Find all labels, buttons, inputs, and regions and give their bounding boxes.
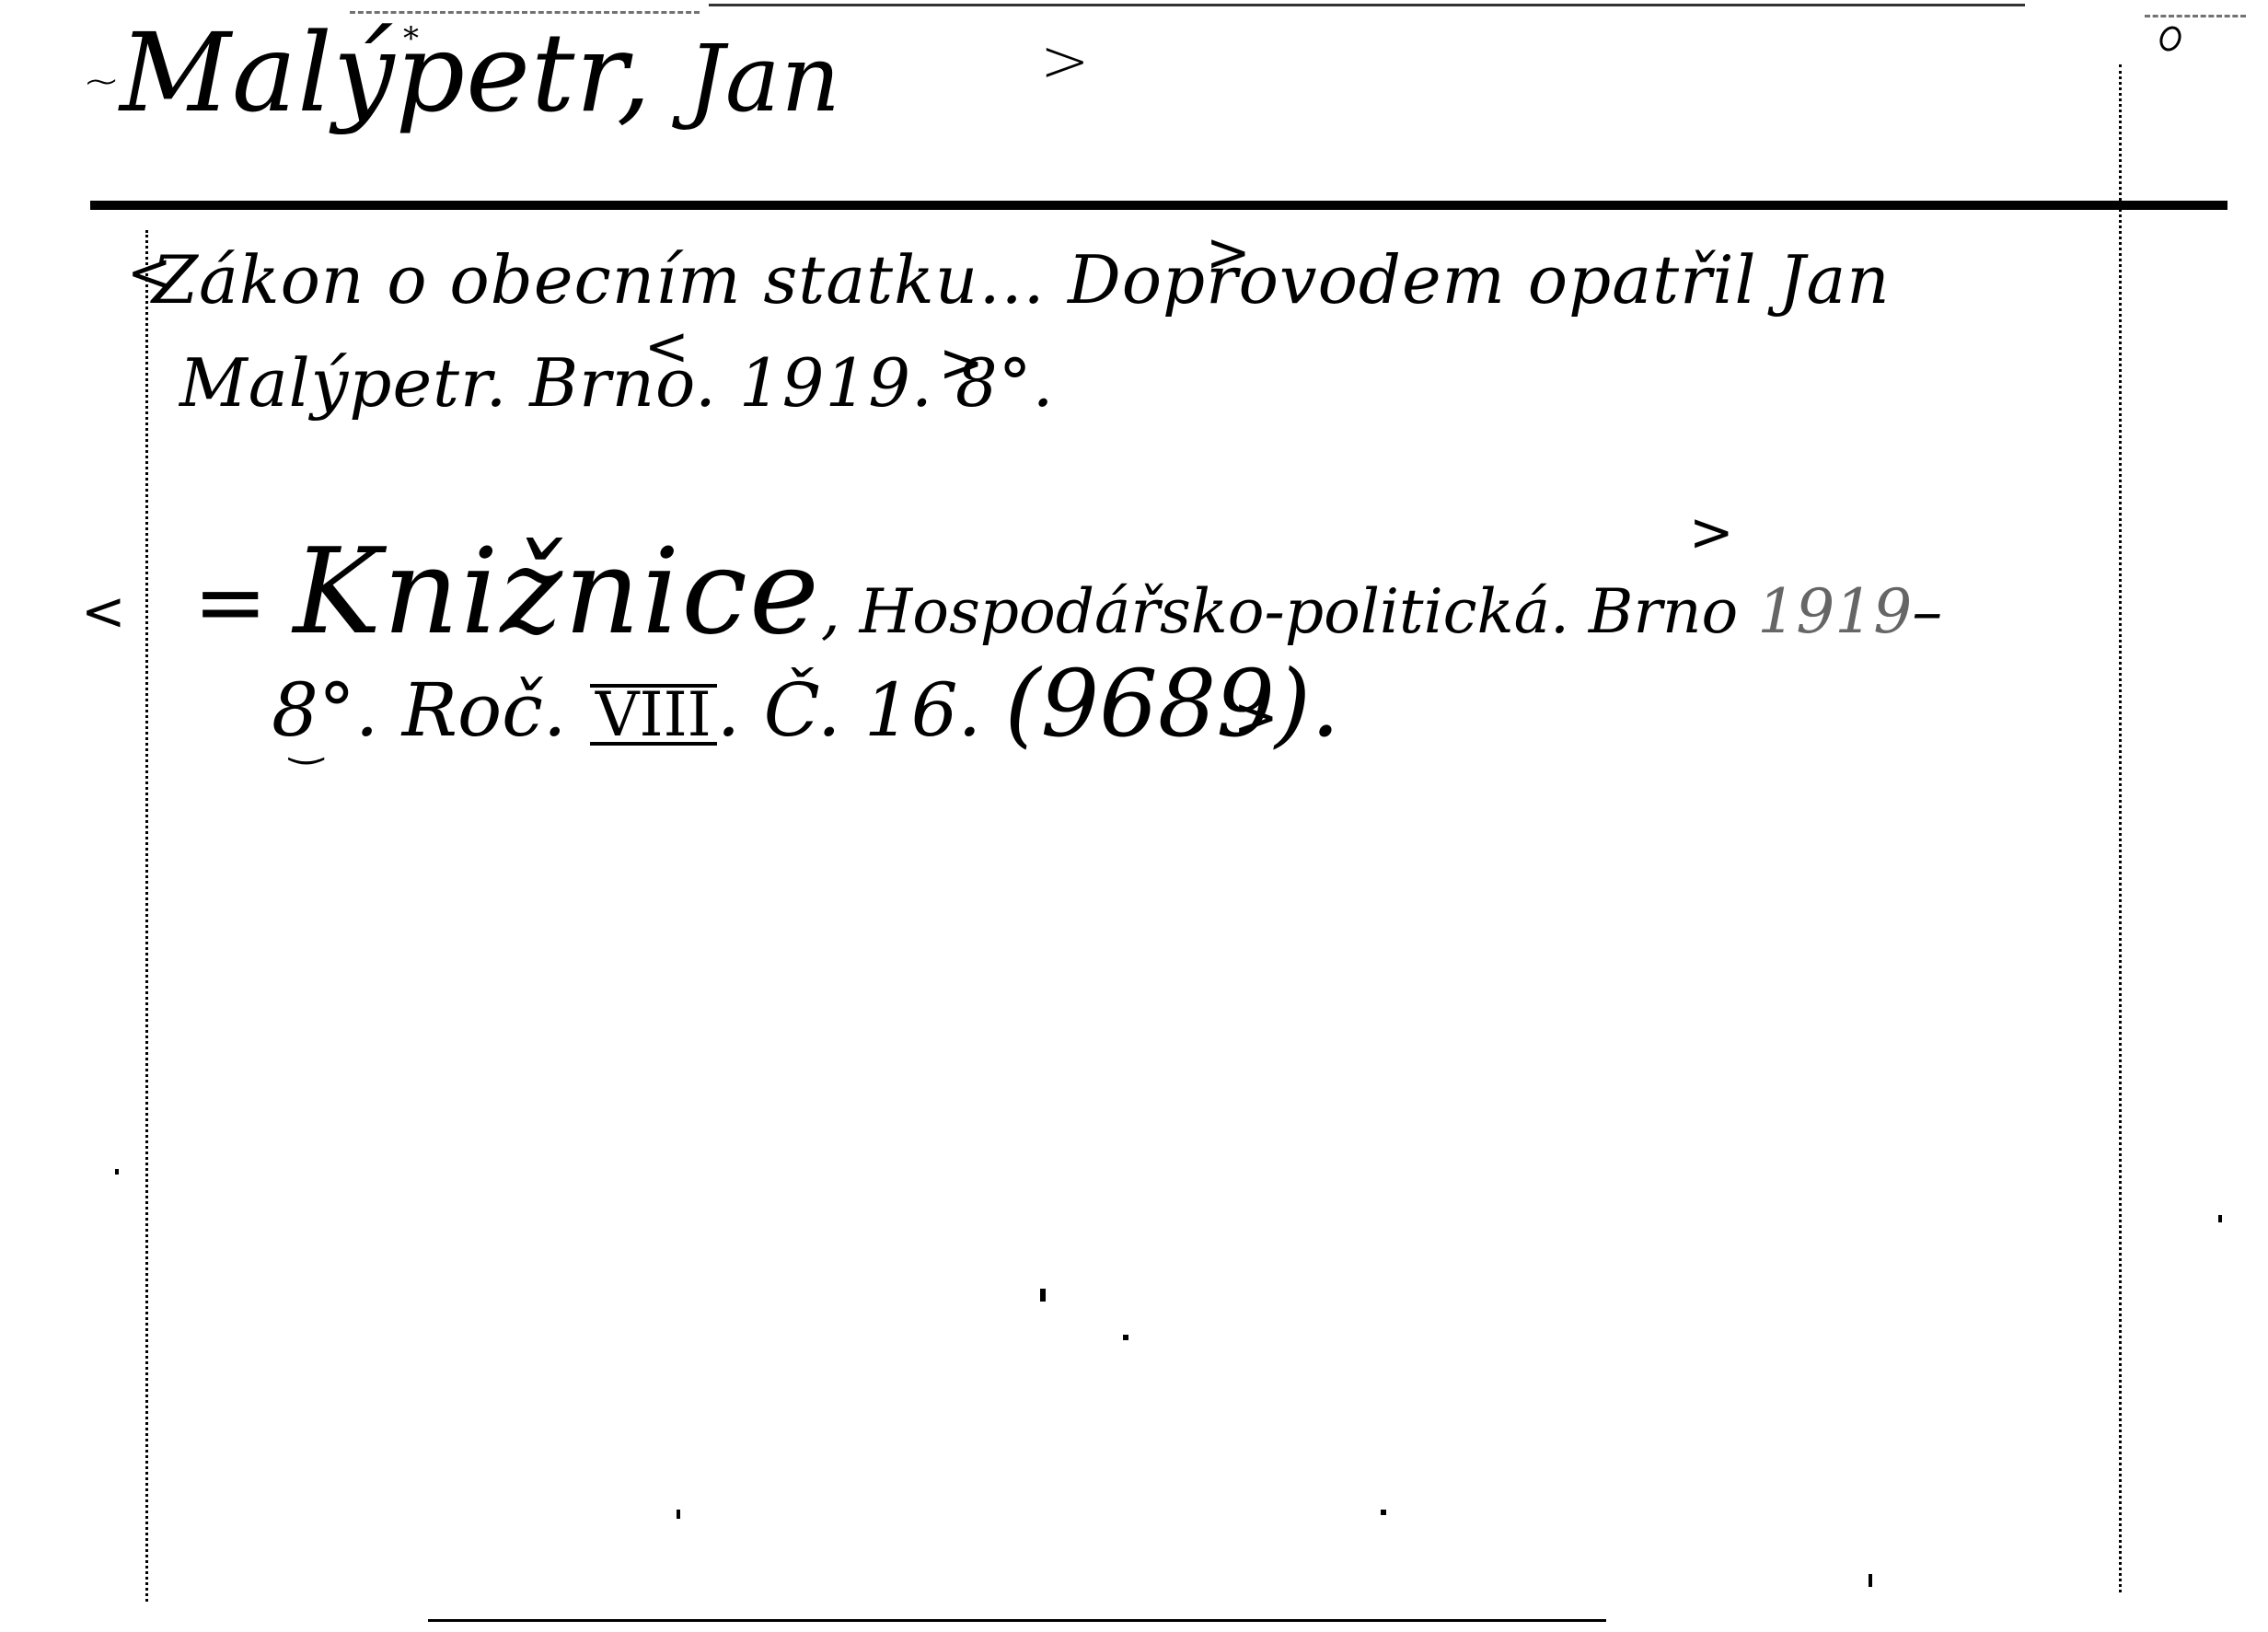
- author-given-name: Jan: [688, 25, 841, 133]
- series-year: 1919: [1757, 576, 1912, 647]
- series-open-mark: <: [81, 580, 126, 642]
- series-tail: –: [1912, 576, 1942, 647]
- scan-speck: [1869, 1574, 1872, 1587]
- series-sub-mark: ‿: [290, 718, 322, 765]
- series-line-1: =Knižnice, Hospodářsko-politická. Brno 1…: [193, 534, 1942, 652]
- scan-speck: [677, 1510, 680, 1519]
- left-margin-guide: [145, 230, 148, 1602]
- heading-close-mark: >: [1040, 28, 1090, 96]
- author-surname: Malýpetr,: [120, 9, 652, 136]
- heading-divider: [90, 201, 2227, 210]
- scan-speck: [115, 1169, 119, 1175]
- issue-number: 16.: [864, 667, 981, 753]
- entry-title-line-1: Zákon o obecním statku… Doprovodem opatř…: [152, 247, 1891, 313]
- scan-speck: [1040, 1289, 1046, 1302]
- equals-sign: =: [193, 550, 267, 654]
- right-margin-guide: [2119, 64, 2122, 1592]
- heading-open-mark: ~: [83, 55, 120, 107]
- scan-speck: [2218, 1215, 2222, 1222]
- catalog-number: (9689).: [1005, 650, 1340, 758]
- scan-noise: [709, 4, 2025, 6]
- series-subtitle: , Hospodářsko-politická. Brno: [821, 576, 1739, 647]
- volume-label: Roč.: [402, 667, 567, 753]
- issue-label: . Č.: [717, 667, 841, 753]
- scan-speck: [1381, 1510, 1386, 1515]
- bottom-edge-line: [428, 1619, 1606, 1622]
- entry-title-line-2: Malýpetr. Brno. 1919. 8°.: [179, 350, 1055, 416]
- series-line-2: 8°. Roč. VIII. Č. 16. (9689).: [272, 658, 1340, 750]
- volume-number: VIII: [590, 684, 717, 746]
- format: 8°.: [272, 667, 378, 753]
- series-close-mark: >: [1233, 686, 1279, 748]
- card-heading: Malýpetr, Jan: [120, 18, 841, 127]
- series-title: Knižnice: [293, 524, 820, 661]
- catalog-card: ~ * Malýpetr, Jan > < > Zákon o obecním …: [0, 0, 2268, 1632]
- scan-noise: [2145, 15, 2246, 17]
- corner-ring-mark: [2156, 23, 2185, 55]
- scan-speck: [1123, 1335, 1128, 1340]
